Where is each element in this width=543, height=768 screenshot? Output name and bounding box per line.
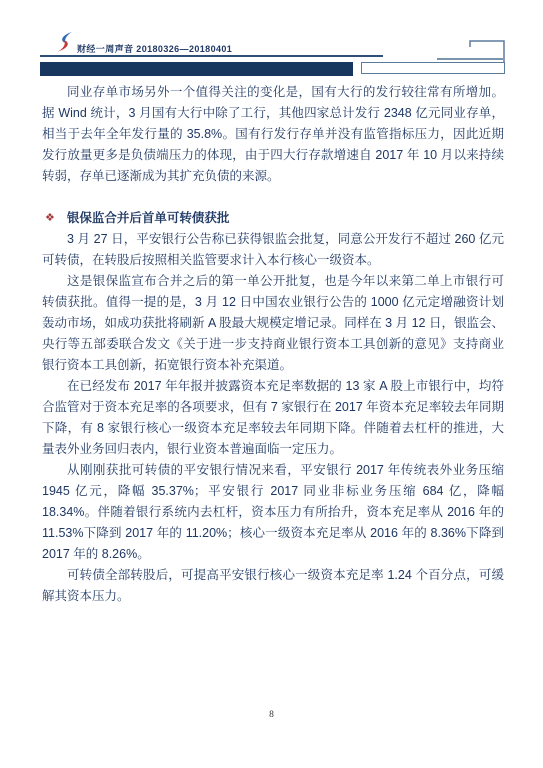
paragraph-capital-adequacy: 在已经发布 2017 年年报并披露资本充足率数据的 13 家 A 股上市银行中，… — [42, 376, 504, 460]
header-navy-bar — [40, 62, 353, 76]
document-page: 财经一周声音 20180326—20180401 同业存单市场另外一个值得关注的… — [0, 0, 543, 768]
header-outline-box — [361, 62, 505, 74]
paragraph-first-approval: 这是银保监宣布合并之后的第一单公开批复，也是今年以来第二单上市银行可转债获批。值… — [42, 271, 504, 376]
page-number: 8 — [0, 710, 543, 720]
paragraph-pingan-detail: 从刚刚获批可转债的平安银行情况来看，平安银行 2017 年传统表外业务压缩 19… — [42, 460, 504, 565]
brand-swoosh-logo-icon — [56, 32, 74, 52]
document-body: 同业存单市场另外一个值得关注的变化是，国有大行的发行较往常有所增加。据 Wind… — [42, 82, 504, 607]
paragraph-pingan-approval: 3 月 27 日，平安银行公告称已获得银监会批复，同意公开发行不超过 260 亿… — [42, 229, 504, 271]
section-heading: ❖ 银保监合并后首单可转债获批 — [42, 208, 504, 229]
diamond-bullet-icon: ❖ — [45, 208, 55, 229]
header-title: 财经一周声音 20180326—20180401 — [77, 42, 232, 55]
section-heading-text: 银保监合并后首单可转债获批 — [67, 208, 230, 229]
paragraph-conversion-effect: 可转债全部转股后，可提高平安银行核心一级资本充足率 1.24 个百分点，可缓解其… — [42, 565, 504, 607]
paragraph-interbank-cd: 同业存单市场另外一个值得关注的变化是，国有大行的发行较往常有所增加。据 Wind… — [42, 82, 504, 187]
header-rule — [40, 55, 383, 57]
